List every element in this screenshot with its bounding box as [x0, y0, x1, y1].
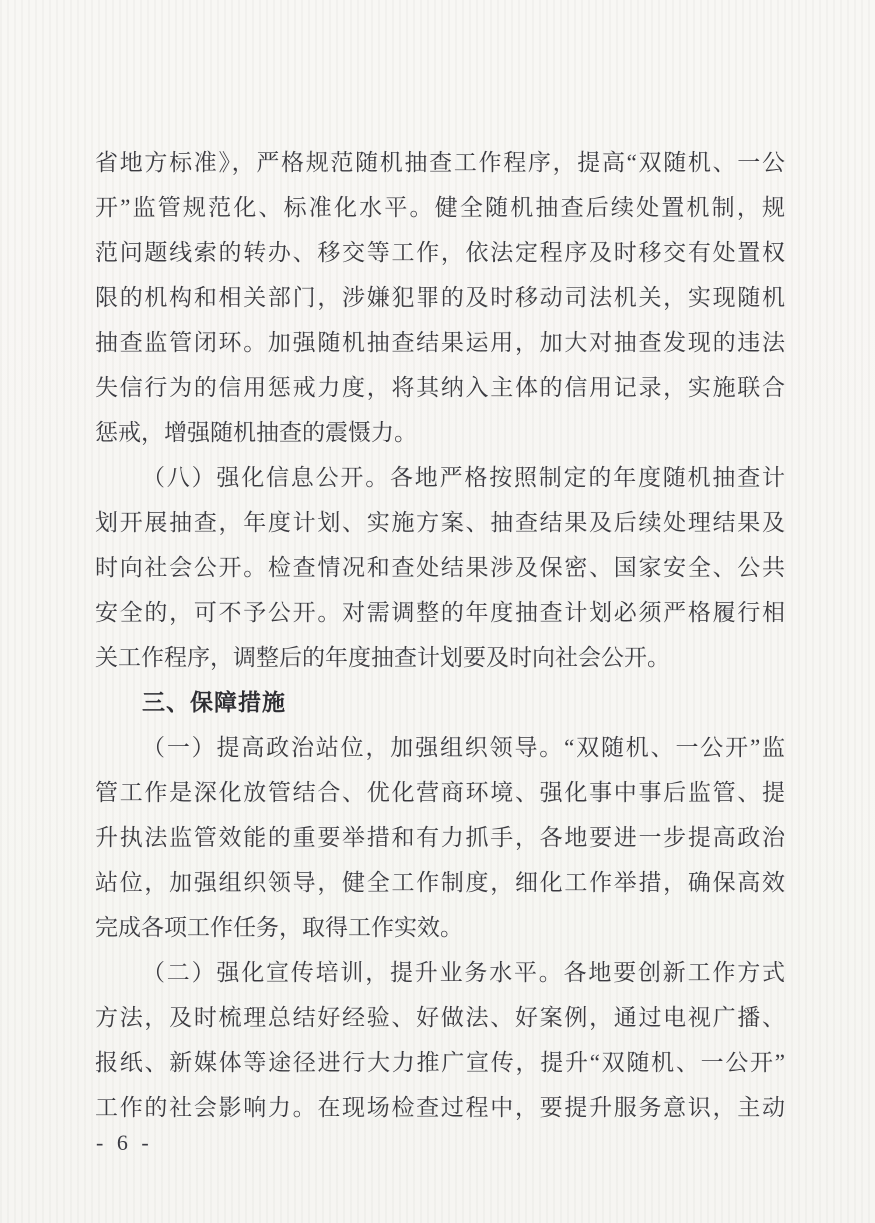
document-line: 管工作是深化放管结合、优化营商环境、强化事中事后监管、提	[95, 770, 785, 815]
document-line-paragraph-start: （八）强化信息公开。各地严格按照制定的年度随机抽查计	[95, 455, 785, 500]
document-line-paragraph-end: 完成各项工作任务，取得工作实效。	[95, 905, 785, 950]
document-line: 划开展抽查，年度计划、实施方案、抽查结果及后续处理结果及	[95, 500, 785, 545]
document-line-paragraph-end: 惩戒，增强随机抽查的震慑力。	[95, 410, 785, 455]
document-line-paragraph-start: （一）提高政治站位，加强组织领导。“双随机、一公开”监	[95, 725, 785, 770]
document-line: 方法，及时梳理总结好经验、好做法、好案例，通过电视广播、	[95, 995, 785, 1040]
document-line: 站位，加强组织领导，健全工作制度，细化工作举措，确保高效	[95, 860, 785, 905]
document-line: 开”监管规范化、标准化水平。健全随机抽查后续处置机制，规	[95, 185, 785, 230]
document-line: 省地方标准》，严格规范随机抽查工作程序，提高“双随机、一公	[95, 140, 785, 185]
document-line: 升执法监管效能的重要举措和有力抓手，各地要进一步提高政治	[95, 815, 785, 860]
document-line: 工作的社会影响力。在现场检查过程中，要提升服务意识，主动	[95, 1085, 785, 1130]
document-line: 限的机构和相关部门，涉嫌犯罪的及时移动司法机关，实现随机	[95, 275, 785, 320]
page-number: - 6 -	[96, 1130, 153, 1156]
document-line: 范问题线索的转办、移交等工作，依法定程序及时移交有处置权	[95, 230, 785, 275]
document-line: 失信行为的信用惩戒力度，将其纳入主体的信用记录，实施联合	[95, 365, 785, 410]
document-line-paragraph-end: 关工作程序，调整后的年度抽查计划要及时向社会公开。	[95, 635, 785, 680]
section-heading-safeguard-measures: 三、保障措施	[95, 680, 785, 725]
document-page: 省地方标准》，严格规范随机抽查工作程序，提高“双随机、一公 开”监管规范化、标准…	[0, 0, 875, 1223]
document-line-paragraph-start: （二）强化宣传培训，提升业务水平。各地要创新工作方式	[95, 950, 785, 995]
document-line: 时向社会公开。检查情况和查处结果涉及保密、国家安全、公共	[95, 545, 785, 590]
document-line: 报纸、新媒体等途径进行大力推广宣传，提升“双随机、一公开”	[95, 1040, 785, 1085]
document-line: 抽查监管闭环。加强随机抽查结果运用，加大对抽查发现的违法	[95, 320, 785, 365]
document-line: 安全的，可不予公开。对需调整的年度抽查计划必须严格履行相	[95, 590, 785, 635]
document-text-block: 省地方标准》，严格规范随机抽查工作程序，提高“双随机、一公 开”监管规范化、标准…	[95, 140, 785, 1130]
